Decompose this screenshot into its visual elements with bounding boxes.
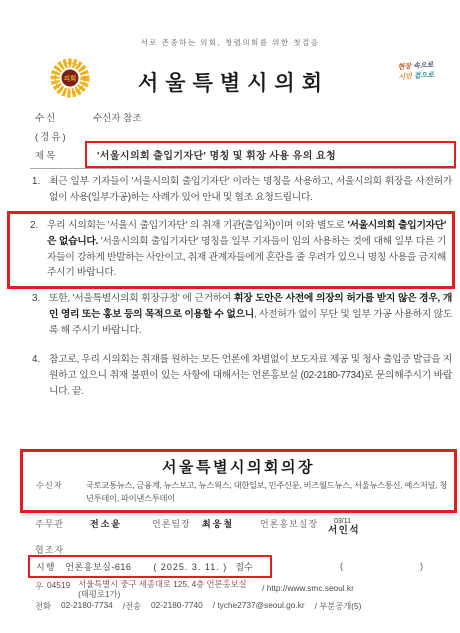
website-url: / http://www.smc.seoul.kr xyxy=(262,583,354,599)
enforce-label: 시행 xyxy=(36,560,55,573)
disclosure-level: / 부분공개(5) xyxy=(315,600,362,612)
paragraph-4: 4. 참고로, 우리 시의회는 취재를 원하는 모든 언론에 차별없이 보도자료… xyxy=(32,352,452,399)
recipient-label: 수신 xyxy=(35,110,93,124)
header-slogan: 서로 존중하는 의회, 청렴의회를 위한 첫걸음 xyxy=(0,37,460,48)
paragraph-3-number: 3. xyxy=(32,291,49,338)
paragraph-4-number: 4. xyxy=(32,352,49,399)
official-3-name: 서인석 xyxy=(328,525,360,536)
paragraph-2-highlight-box: 2. 우리 시의회는 '서울시 출입기자단' 의 취재 기관(출입처)이며 이와… xyxy=(7,211,455,289)
subject-highlight-box: '서울시의회 출입기자단' 명칭 및 휘장 사용 유의 요청 xyxy=(85,141,456,168)
paragraph-4-pre: 참고로, 우리 시의회는 취재를 원하는 모든 언론에 차별없이 보도자료 제공… xyxy=(49,354,452,397)
receipt-label: 접수 xyxy=(235,560,252,573)
paragraph-2-number: 2. xyxy=(30,218,47,281)
zip-label: 우 xyxy=(35,580,43,599)
zip-code: 04519 xyxy=(47,580,70,599)
recipients-list: 국토교통뉴스, 금융계, 뉴스보고, 뉴스웍스, 대한일보, 민주신문, 비즈월… xyxy=(86,480,448,505)
official-3-role: 언론홍보실장 xyxy=(260,517,328,530)
paragraph-3-pre: 또한, '서울특별시의회 휘장규정' 에 근거하여 xyxy=(49,293,234,304)
subject-label: 제목 xyxy=(35,148,85,162)
official-2-role: 언론팀장 xyxy=(152,517,202,530)
official-2-name: 최웅철 xyxy=(202,517,260,530)
sender-title: 서울특별시의회의장 xyxy=(23,456,454,477)
brand-slogan-line2-b: 곁으로 xyxy=(412,72,435,81)
tel-label: 전화 xyxy=(35,600,51,612)
paragraph-3-text: 또한, '서울특별시의회 휘장규정' 에 근거하여 휘장 도안은 사전에 의장의… xyxy=(49,291,452,338)
electronic-signature-stamp: 03/11 서인석 xyxy=(328,517,360,535)
paragraph-1-text: 최근 일부 기자들이 '서울시의회 출입기자단' 이라는 명칭을 사용하고, 서… xyxy=(49,174,452,206)
paragraph-2-pre: 우리 시의회는 '서울시 출입기자단' 의 취재 기관(출입처)이며 이와 별도… xyxy=(47,220,347,231)
tel-number: 02-2180-7734 xyxy=(61,600,113,612)
paragraph-1-pre: 최근 일부 기자들이 '서울시의회 출입기자단' 이라는 명칭을 사용하고, 서… xyxy=(49,176,452,203)
contact-row: 전화 02-2180-7734 /전송 02-2180-7740 / tyche… xyxy=(35,600,456,612)
dispatch-date: ( 2025. 3. 11. ) xyxy=(153,562,227,572)
paragraph-3: 3. 또한, '서울특별시의회 휘장규정' 에 근거하여 휘장 도안은 사전에 … xyxy=(32,291,452,338)
brand-slogan-line1-a: 현장 xyxy=(398,63,412,71)
email-address: / tyche2737@seoul.go.kr xyxy=(213,600,305,612)
address-text: 서울특별시 중구 세종대로 125, 4층 언론홍보실 (태평로1가) xyxy=(78,580,256,599)
recipients-row: 수신자 국토교통뉴스, 금융계, 뉴스보고, 뉴스웍스, 대한일보, 민주신문,… xyxy=(23,480,454,505)
paragraph-4-text: 참고로, 우리 시의회는 취재를 원하는 모든 언론에 차별없이 보도자료 제공… xyxy=(49,352,452,399)
paragraph-2-text: 우리 시의회는 '서울시 출입기자단' 의 취재 기관(출입처)이며 이와 별도… xyxy=(47,218,446,281)
signature-highlight-box: 서울특별시의회의장 수신자 국토교통뉴스, 금융계, 뉴스보고, 뉴스웍스, 대… xyxy=(20,449,457,513)
paragraph-2-post: '서울시의회 출입기자단' 명칭을 일부 기자들이 임의 사용하는 것에 대해 … xyxy=(47,236,446,279)
approval-line: 주무관 전소윤 언론팀장 최웅철 언론홍보실장 03/11 서인석 xyxy=(35,517,452,535)
official-document-page: 서로 존중하는 의회, 청렴의회를 위한 첫걸음 의회 서울특별시의회 현장 속… xyxy=(0,0,460,633)
recipient-row: 수신 수신자 참조 xyxy=(35,110,142,124)
brand-slogan-line1-b: 속으로 xyxy=(411,62,434,71)
official-1-name: 전소윤 xyxy=(90,517,152,530)
document-number: 언론홍보실-616 xyxy=(65,560,131,573)
subject-row: 제목 '서울시의회 출입기자단' 명칭 및 휘장 사용 유의 요청 xyxy=(35,141,456,168)
header-divider xyxy=(30,168,456,169)
org-title: 서울특별시의회 xyxy=(0,67,460,97)
paragraph-1: 1. 최근 일부 기자들이 '서울시의회 출입기자단' 이라는 명칭을 사용하고… xyxy=(32,174,452,206)
dispatch-highlight-box: 시행 언론홍보실-616 ( 2025. 3. 11. ) 접수 xyxy=(28,555,272,578)
fax-label: /전송 xyxy=(123,600,141,612)
brand-slogan-logo: 현장 속으로 시민 곁으로 xyxy=(398,61,435,83)
fax-number: 02-2180-7740 xyxy=(151,600,203,612)
paragraph-2: 2. 우리 시의회는 '서울시 출입기자단' 의 취재 기관(출입처)이며 이와… xyxy=(15,218,446,281)
recipients-label: 수신자 xyxy=(36,480,86,505)
brand-slogan-line2-a: 시민 xyxy=(398,73,412,81)
receipt-blank-close-paren: ) xyxy=(420,561,423,571)
address-row: 우 04519 서울특별시 중구 세종대로 125, 4층 언론홍보실 (태평로… xyxy=(35,580,456,599)
official-1-role: 주무관 xyxy=(35,517,90,530)
recipient-value: 수신자 참조 xyxy=(93,110,142,124)
receipt-blank-open-paren: ( xyxy=(340,561,343,571)
paragraph-1-number: 1. xyxy=(32,174,49,206)
